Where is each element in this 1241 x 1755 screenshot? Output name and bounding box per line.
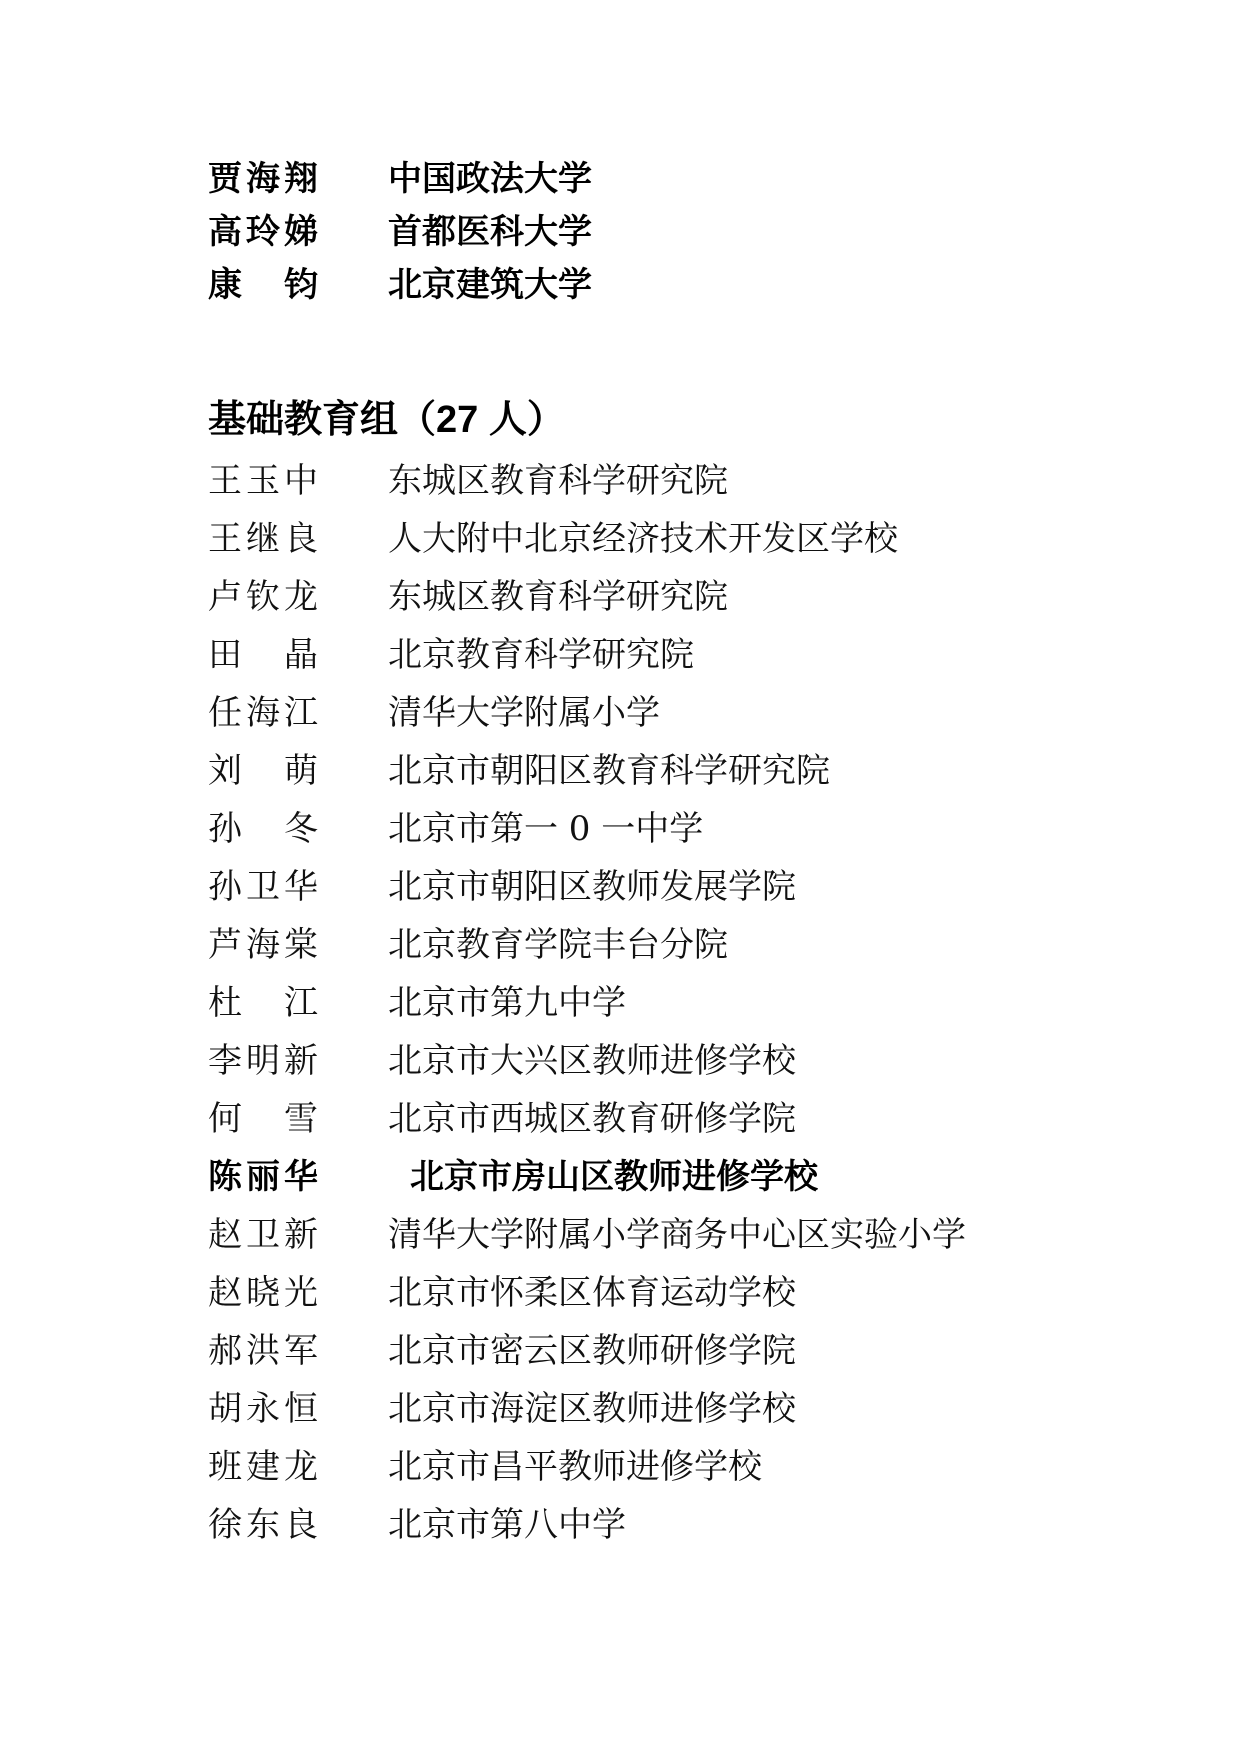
list-item: 芦海棠 北京教育学院丰台分院 — [208, 916, 966, 974]
person-name: 卢钦龙 — [208, 568, 318, 626]
person-name: 李明新 — [208, 1032, 318, 1090]
list-item: 何雪 北京市西城区教育研修学院 — [208, 1090, 966, 1148]
person-name: 孙冬 — [208, 800, 318, 858]
institution-name: 中国政法大学 — [388, 153, 592, 206]
institution-name: 北京市第八中学 — [388, 1496, 626, 1554]
list-item: 王继良 人大附中北京经济技术开发区学校 — [208, 510, 966, 568]
person-name: 赵晓光 — [208, 1264, 318, 1322]
person-name: 杜江 — [208, 974, 318, 1032]
institution-name: 东城区教育科学研究院 — [388, 452, 728, 510]
list-item: 郝洪军 北京市密云区教师研修学院 — [208, 1322, 966, 1380]
institution-name: 北京市怀柔区体育运动学校 — [388, 1264, 796, 1322]
person-name: 赵卫新 — [208, 1206, 318, 1264]
institution-name: 北京教育学院丰台分院 — [388, 916, 728, 974]
list-item: 孙冬 北京市第一 0 一中学 — [208, 800, 966, 858]
list-item: 陈丽华 北京市房山区教师进修学校 — [208, 1148, 966, 1206]
person-name: 郝洪军 — [208, 1322, 318, 1380]
section-heading: 基础教育组（27 人） — [208, 396, 565, 444]
list-item: 康钧 北京建筑大学 — [208, 259, 592, 312]
institution-name: 清华大学附属小学商务中心区实验小学 — [388, 1206, 966, 1264]
person-name: 康钧 — [208, 259, 318, 312]
person-name: 王继良 — [208, 510, 318, 568]
person-name: 胡永恒 — [208, 1380, 318, 1438]
institution-name: 北京市房山区教师进修学校 — [410, 1148, 818, 1206]
list-item: 田晶 北京教育科学研究院 — [208, 626, 966, 684]
list-item: 胡永恒 北京市海淀区教师进修学校 — [208, 1380, 966, 1438]
institution-name: 清华大学附属小学 — [388, 684, 660, 742]
list-item: 高玲娣 首都医科大学 — [208, 206, 592, 259]
institution-name: 北京市昌平教师进修学校 — [388, 1438, 762, 1496]
institution-name: 北京教育科学研究院 — [388, 626, 694, 684]
person-name: 班建龙 — [208, 1438, 318, 1496]
top-name-list: 贾海翔 中国政法大学 高玲娣 首都医科大学 康钧 北京建筑大学 — [208, 153, 592, 312]
person-name: 贾海翔 — [208, 153, 318, 206]
person-name: 任海江 — [208, 684, 318, 742]
institution-name: 北京建筑大学 — [388, 259, 592, 312]
institution-name: 北京市大兴区教师进修学校 — [388, 1032, 796, 1090]
institution-name: 北京市西城区教育研修学院 — [388, 1090, 796, 1148]
institution-name: 北京市朝阳区教师发展学院 — [388, 858, 796, 916]
list-item: 刘萌 北京市朝阳区教育科学研究院 — [208, 742, 966, 800]
person-name: 孙卫华 — [208, 858, 318, 916]
person-name: 王玉中 — [208, 452, 318, 510]
institution-name: 首都医科大学 — [388, 206, 592, 259]
document-page: 贾海翔 中国政法大学 高玲娣 首都医科大学 康钧 北京建筑大学 基础教育组（27… — [0, 0, 1241, 1755]
list-item: 杜江 北京市第九中学 — [208, 974, 966, 1032]
list-item: 赵晓光 北京市怀柔区体育运动学校 — [208, 1264, 966, 1322]
list-item: 王玉中 东城区教育科学研究院 — [208, 452, 966, 510]
person-name: 田晶 — [208, 626, 318, 684]
institution-name: 北京市第一 0 一中学 — [388, 800, 703, 858]
person-name: 刘萌 — [208, 742, 318, 800]
institution-name: 北京市朝阳区教育科学研究院 — [388, 742, 830, 800]
list-item: 赵卫新 清华大学附属小学商务中心区实验小学 — [208, 1206, 966, 1264]
list-item: 李明新 北京市大兴区教师进修学校 — [208, 1032, 966, 1090]
institution-name: 北京市海淀区教师进修学校 — [388, 1380, 796, 1438]
person-name: 芦海棠 — [208, 916, 318, 974]
list-item: 班建龙 北京市昌平教师进修学校 — [208, 1438, 966, 1496]
member-list: 王玉中 东城区教育科学研究院 王继良 人大附中北京经济技术开发区学校 卢钦龙 东… — [208, 452, 966, 1554]
list-item: 任海江 清华大学附属小学 — [208, 684, 966, 742]
list-item: 贾海翔 中国政法大学 — [208, 153, 592, 206]
person-name: 陈丽华 — [208, 1148, 318, 1206]
list-item: 孙卫华 北京市朝阳区教师发展学院 — [208, 858, 966, 916]
institution-name: 北京市第九中学 — [388, 974, 626, 1032]
person-name: 何雪 — [208, 1090, 318, 1148]
person-name: 徐东良 — [208, 1496, 318, 1554]
person-name: 高玲娣 — [208, 206, 318, 259]
institution-name: 东城区教育科学研究院 — [388, 568, 728, 626]
institution-name: 人大附中北京经济技术开发区学校 — [388, 510, 898, 568]
list-item: 徐东良 北京市第八中学 — [208, 1496, 966, 1554]
institution-name: 北京市密云区教师研修学院 — [388, 1322, 796, 1380]
list-item: 卢钦龙 东城区教育科学研究院 — [208, 568, 966, 626]
